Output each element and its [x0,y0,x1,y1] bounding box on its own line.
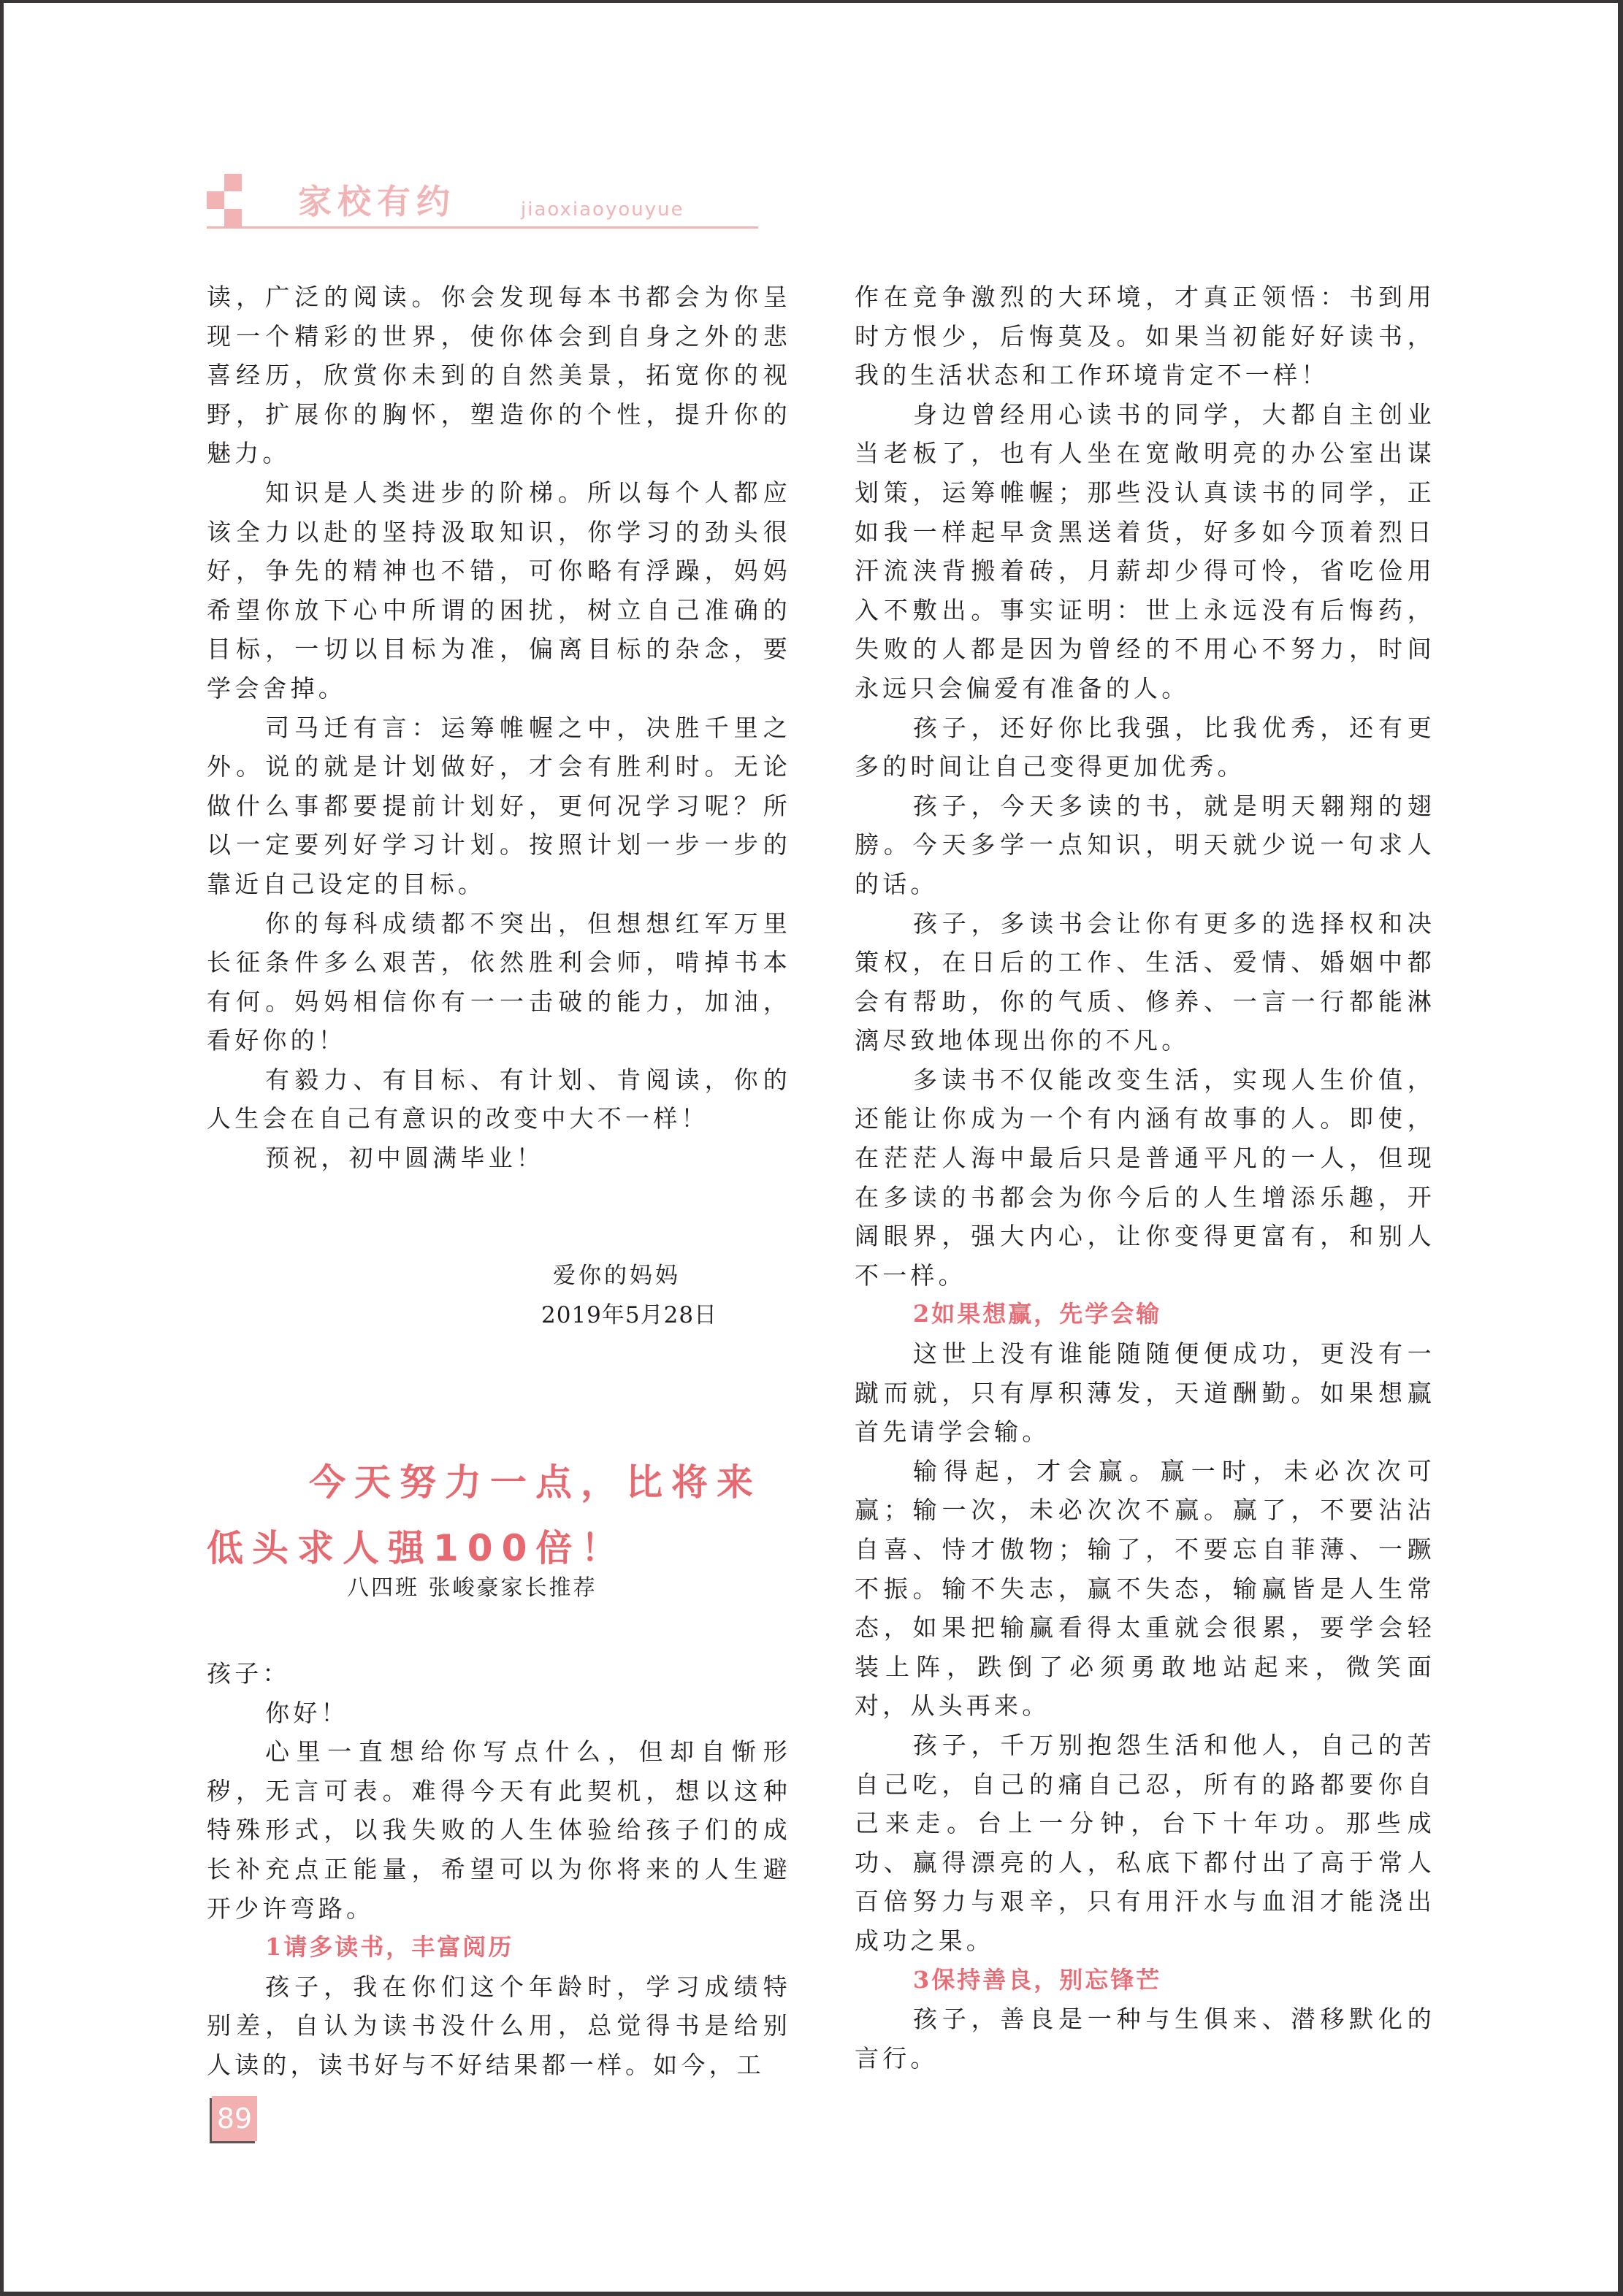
paragraph: 心里一直想给你写点什么，但却自惭形秽，无言可表。难得今天有此契机，想以这种特殊形… [207,1732,791,1928]
article-byline: 八四班 张峻豪家长推荐 [347,1574,597,1603]
article-title-line-2: 低头求人强100倍！ [207,1515,791,1581]
page-number: 89 [212,2096,257,2141]
paragraph: 孩子，今天多读的书，就是明天翱翔的翅膀。今天多学一点知识，明天就少说一句求人的话… [855,787,1435,904]
paragraph: 孩子，千万别抱怨生活和他人，自己的苦自己吃，自己的痛自己忍，所有的路都要你自己来… [855,1726,1435,1961]
article-title-line-1: 今天努力一点，比将来 [207,1450,791,1515]
section-title: 家校有约 [298,180,456,223]
paragraph: 多读书不仅能改变生活，实现人生价值，还能让你成为一个有内涵有故事的人。即使，在茫… [855,1060,1435,1296]
signature-date: 2019年5月28日 [541,1296,717,1335]
section-header: 家校有约 jiaoxiaoyouyue [207,169,758,231]
subheading-3: 3保持善良，别忘锋芒 [855,1961,1435,2000]
paragraph: 孩子，善良是一种与生俱来、潜移默化的言行。 [855,2000,1435,2078]
signature-name: 爱你的妈妈 [553,1256,717,1296]
greeting: 你好！ [207,1694,791,1733]
subheading-2: 2如果想赢，先学会输 [855,1295,1435,1334]
paragraph: 孩子，我在你们这个年龄时，学习成绩特别差，自认为读书没什么用，总觉得书是给别人读… [207,1967,791,2085]
paragraph: 预祝，初中圆满毕业！ [207,1139,791,1178]
letter-signature: 爱你的妈妈 2019年5月28日 [553,1256,717,1335]
paragraph: 有毅力、有目标、有计划、肯阅读，你的人生会在自己有意识的改变中大不一样！ [207,1060,791,1139]
letter-body-left: 读，广泛的阅读。你会发现每本书都会为你呈现一个精彩的世界，使你体会到自身之外的悲… [207,278,791,1178]
paragraph: 司马迁有言：运筹帷幄之中，决胜千里之外。说的就是计划做好，才会有胜利时。无论做什… [207,708,791,904]
paragraph: 这世上没有谁能随随便便成功，更没有一蹴而就，只有厚积薄发，天道酬勤。如果想赢首先… [855,1334,1435,1452]
checker-squares-icon [207,169,251,228]
article-body-right: 作在竞争激烈的大环境，才真正领悟：书到用时方恨少，后悔莫及。如果当初能好好读书，… [855,278,1435,2078]
paragraph: 读，广泛的阅读。你会发现每本书都会为你呈现一个精彩的世界，使你体会到自身之外的悲… [207,278,791,473]
paragraph: 你的每科成绩都不突出，但想想红军万里长征条件多么艰苦，依然胜利会师，啃掉书本有何… [207,904,791,1060]
paragraph: 孩子，还好你比我强，比我优秀，还有更多的时间让自己变得更加优秀。 [855,708,1435,787]
section-pinyin: jiaoxiaoyouyue [521,199,684,221]
paragraph: 身边曾经用心读书的同学，大都自主创业当老板了，也有人坐在宽敞明亮的办公室出谋划策… [855,395,1435,708]
paragraph: 孩子，多读书会让你有更多的选择权和决策权，在日后的工作、生活、爱情、婚姻中都会有… [855,904,1435,1060]
header-divider [207,226,758,229]
article-title: 今天努力一点，比将来 低头求人强100倍！ [207,1450,791,1581]
paragraph: 作在竞争激烈的大环境，才真正领悟：书到用时方恨少，后悔莫及。如果当初能好好读书，… [855,278,1435,395]
subheading-1: 1请多读书，丰富阅历 [207,1928,791,1967]
paragraph: 知识是人类进步的阶梯。所以每个人都应该全力以赴的坚持汲取知识，你学习的劲头很好，… [207,473,791,708]
salutation: 孩子： [207,1654,791,1694]
article-body-left: 孩子： 你好！ 心里一直想给你写点什么，但却自惭形秽，无言可表。难得今天有此契机… [207,1654,791,2085]
paragraph: 输得起，才会赢。赢一时，未必次次可赢；输一次，未必次次不赢。赢了，不要沾沾自喜、… [855,1452,1435,1726]
